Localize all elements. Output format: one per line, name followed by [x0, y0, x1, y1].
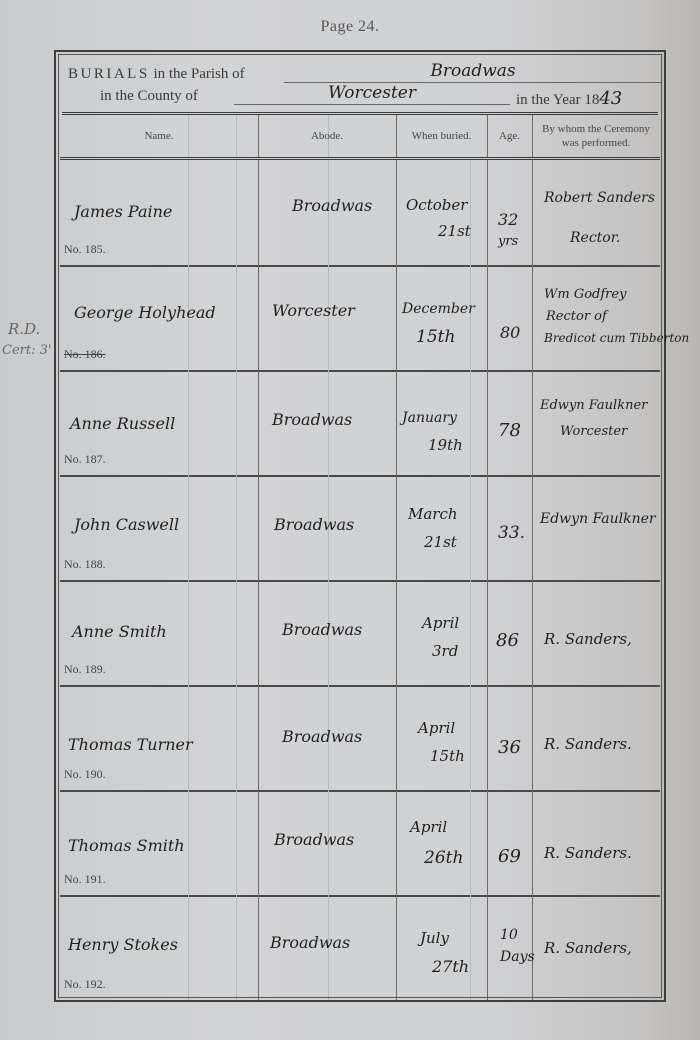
table-row: Thomas Smith No. 191. Broadwas April 26t… [60, 790, 660, 897]
parish-value: Broadwas [284, 62, 662, 83]
column-header-abode: Abode. [258, 115, 396, 157]
table-row: Henry Stokes No. 192. Broadwas July 27th… [60, 895, 660, 1000]
entry-number: No. 188. [64, 557, 106, 572]
entry-officiant: R. Sanders. [544, 844, 632, 862]
entry-age: 10 [500, 927, 518, 943]
parish-label: in the Parish of [153, 66, 244, 82]
burials-heading: BURIALS [68, 66, 150, 82]
entry-burial-day: 21st [438, 222, 471, 240]
entry-burial-day: 26th [424, 848, 463, 868]
table-row: John Caswell No. 188. Broadwas March 21s… [60, 475, 660, 582]
entry-burial-month: April [410, 818, 447, 836]
entry-age: 36 [498, 737, 521, 758]
entry-age: 69 [498, 846, 521, 867]
entry-age: 33. [498, 523, 525, 543]
entry-number: No. 192. [64, 977, 106, 992]
column-header-officiant: By whom the Ceremony was performed. [532, 115, 660, 157]
margin-annotation: R.D. Cert: 3' [2, 318, 51, 362]
entry-burial-month: July [420, 929, 449, 947]
entry-burial-month: April [422, 614, 459, 632]
entry-officiant-title: Rector of [546, 309, 607, 324]
entry-burial-month: October [406, 196, 467, 214]
table-row: Thomas Turner No. 190. Broadwas April 15… [60, 685, 660, 792]
margin-note-line1: R.D. [2, 318, 51, 340]
margin-note-line2: Cert: 3' [2, 340, 51, 362]
entry-name: James Paine [74, 202, 172, 221]
entry-officiant-parish: Bredicot cum Tibberton [544, 331, 689, 345]
table-row: George Holyhead No. 186. Worcester Decem… [60, 265, 660, 372]
entry-name: Thomas Smith [68, 836, 185, 855]
entry-number: No. 185. [64, 242, 106, 257]
entry-abode: Broadwas [270, 933, 350, 952]
parish-line: BURIALS in the Parish of [68, 66, 245, 83]
entry-officiant: Edwyn Faulkner [540, 398, 647, 413]
entry-burial-day: 3rd [432, 642, 458, 660]
burial-register-table: BURIALS in the Parish of Broadwas in the… [54, 50, 666, 1002]
column-header-name: Name. [60, 115, 258, 157]
column-header-row: Name. Abode. When buried. Age. By whom t… [60, 115, 660, 160]
entry-name: Henry Stokes [68, 935, 178, 954]
entry-burial-day: 15th [430, 747, 465, 765]
table-row: Anne Russell No. 187. Broadwas January 1… [60, 370, 660, 477]
table-row: James Paine No. 185. Broadwas October 21… [60, 160, 660, 267]
entry-age: 32 [498, 210, 518, 229]
entry-number: No. 187. [64, 452, 106, 467]
entry-name: John Caswell [74, 515, 179, 534]
entries-body: James Paine No. 185. Broadwas October 21… [56, 160, 664, 1000]
entry-abode: Broadwas [282, 727, 362, 746]
entry-age-unit: Days [500, 949, 535, 965]
entry-age-unit: yrs [498, 234, 518, 249]
entry-officiant: Wm Godfrey [544, 287, 626, 302]
entry-abode: Broadwas [272, 410, 352, 429]
entry-abode: Worcester [272, 301, 355, 320]
entry-name: Anne Smith [72, 622, 167, 641]
entry-burial-month: December [402, 301, 475, 317]
entry-officiant: R. Sanders. [544, 735, 632, 753]
entry-age: 86 [496, 630, 519, 651]
entry-officiant: R. Sanders, [544, 630, 632, 648]
year-line: in the Year 1843 [516, 88, 622, 109]
entry-abode: Broadwas [282, 620, 362, 639]
entry-officiant-place: Worcester [560, 424, 627, 439]
entry-age: 80 [500, 323, 520, 342]
entry-number: No. 190. [64, 767, 106, 782]
entry-burial-day: 21st [424, 533, 457, 551]
column-header-when-buried: When buried. [396, 115, 487, 157]
entry-abode: Broadwas [274, 515, 354, 534]
table-row: Anne Smith No. 189. Broadwas April 3rd 8… [60, 580, 660, 687]
entry-burial-month: January [402, 410, 457, 426]
entry-number: No. 191. [64, 872, 106, 887]
entry-number: No. 189. [64, 662, 106, 677]
year-label: in the Year 18 [516, 92, 599, 108]
entry-abode: Broadwas [274, 830, 354, 849]
column-header-age: Age. [487, 115, 532, 157]
entry-officiant: Robert Sanders [544, 190, 655, 206]
year-value: 43 [599, 88, 622, 109]
entry-abode: Broadwas [292, 196, 372, 215]
entry-burial-day: 15th [416, 327, 455, 347]
county-label: in the County of [100, 88, 198, 105]
entry-burial-month: March [408, 505, 458, 523]
county-value: Worcester [234, 84, 510, 105]
entry-burial-day: 27th [432, 957, 469, 976]
entry-age: 78 [498, 420, 521, 441]
entry-number: No. 186. [64, 347, 106, 362]
entry-name: George Holyhead [74, 303, 216, 322]
page-number: Page 24. [0, 18, 700, 36]
entry-officiant: R. Sanders, [544, 939, 632, 957]
entry-name: Anne Russell [70, 414, 175, 433]
entry-officiant-title: Rector. [570, 230, 620, 246]
register-title-block: BURIALS in the Parish of Broadwas in the… [62, 56, 658, 115]
entry-officiant: Edwyn Faulkner [540, 511, 656, 527]
entry-burial-day: 19th [428, 436, 463, 454]
entry-burial-month: April [418, 719, 455, 737]
entry-name: Thomas Turner [68, 735, 193, 754]
